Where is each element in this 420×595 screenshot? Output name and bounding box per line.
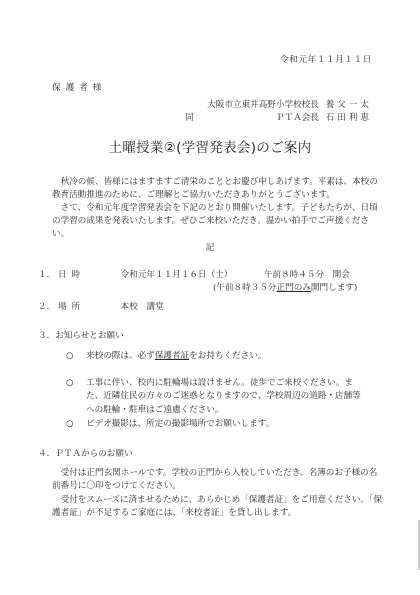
document-title: 土曜授業②(学習発表会)のご案内 — [0, 140, 420, 157]
notice-text: 工事に伴い、校内に駐輪場は設けません。徒歩でご来校ください。また、近隣住民の方々… — [86, 377, 366, 417]
notice-underlined: 保護者証 — [155, 351, 189, 361]
document-date: 令和元年１１月１１日 — [280, 55, 372, 66]
intro-paragraph-1: 秋冷の候、皆様にはますますご清栄のこととお慶び申しあげます。平素は、本校の教育活… — [52, 176, 382, 202]
sender-pta: 同 ＰＴＡ会長 石田利恵 — [185, 113, 372, 124]
notices-heading: ３．お知らせとお願い — [38, 331, 124, 342]
ki-heading: 記 — [0, 243, 420, 254]
item-datetime: １． 日時 令和元年１１月１６日（土） 午前８時４５分 開会 — [38, 270, 350, 281]
circle-bullet-icon: ○ — [66, 418, 74, 431]
item-place: ２． 場所 本校 講堂 — [38, 302, 164, 313]
intro-paragraph-2: さて、令和元年度学習発表会を下記のとおり開催いたします。子どもたちが、日頃の学習… — [52, 202, 382, 241]
sender-principal: 大阪市立東井高野小学校校長 養父一太 — [207, 100, 372, 111]
sender-pta-role: ＰＴＡ会長 — [276, 113, 319, 123]
gate-note: (午前８時３５分正門のみ開門します) — [213, 283, 357, 294]
pta-heading: ４．ＰＴＡからのお願い — [38, 449, 133, 460]
notice-bullet-1: ○ 来校の際は、必ず保護者証をお持ちください。 — [66, 350, 366, 363]
pta-paragraph-1: 受付は正門玄関ホールです。学校の正門から入校していただき、名簿のお子様の名前番号… — [52, 467, 382, 494]
sender-principal-org: 大阪市立東井高野小学校校長 — [207, 100, 319, 110]
item-number: １． — [38, 270, 55, 280]
place-value: 本校 講堂 — [121, 302, 164, 312]
sender-principal-name: 養父一太 — [326, 100, 372, 110]
addressee: 保護者様 — [52, 83, 106, 94]
notice-text: をお持ちください。 — [189, 351, 266, 361]
event-time: 午前８時４５分 開会 — [264, 270, 350, 280]
notice-text: 来校の際は、必ず — [86, 351, 155, 361]
event-date: 令和元年１１月１６日（土） — [121, 270, 233, 280]
sender-pta-org: 同 — [185, 113, 243, 124]
sender-pta-name: 石田利恵 — [326, 113, 372, 123]
item-label: 場所 — [58, 302, 118, 313]
item-label: 日時 — [58, 270, 118, 281]
intro-text: 秋冷の候、皆様にはますますご清栄のこととお慶び申しあげます。平素は、本校の教育活… — [52, 176, 382, 240]
gate-note-suffix: 開門します) — [311, 283, 357, 293]
notice-bullet-3: ○ ビデオ撮影は、所定の撮影場所でお願いします。 — [66, 418, 366, 431]
notice-bullet-2: ○ 工事に伴い、校内に駐輪場は設けません。徒歩でご来校ください。また、近隣住民の… — [66, 377, 366, 417]
pta-paragraph-2: 受付をスムーズに済ませるために、あらかじめ「保護者証」をご用意ください。「保護者… — [52, 494, 382, 521]
gate-note-prefix: (午前８時３５分 — [213, 283, 277, 293]
item-number: ２． — [38, 302, 55, 312]
notice-text: ビデオ撮影は、所定の撮影場所でお願いします。 — [86, 418, 366, 431]
gate-note-underlined: 正門のみ — [277, 283, 311, 293]
circle-bullet-icon: ○ — [66, 377, 74, 390]
circle-bullet-icon: ○ — [66, 350, 74, 363]
pta-text: 受付は正門玄関ホールです。学校の正門から入校していただき、名簿のお子様の名前番号… — [52, 467, 382, 520]
